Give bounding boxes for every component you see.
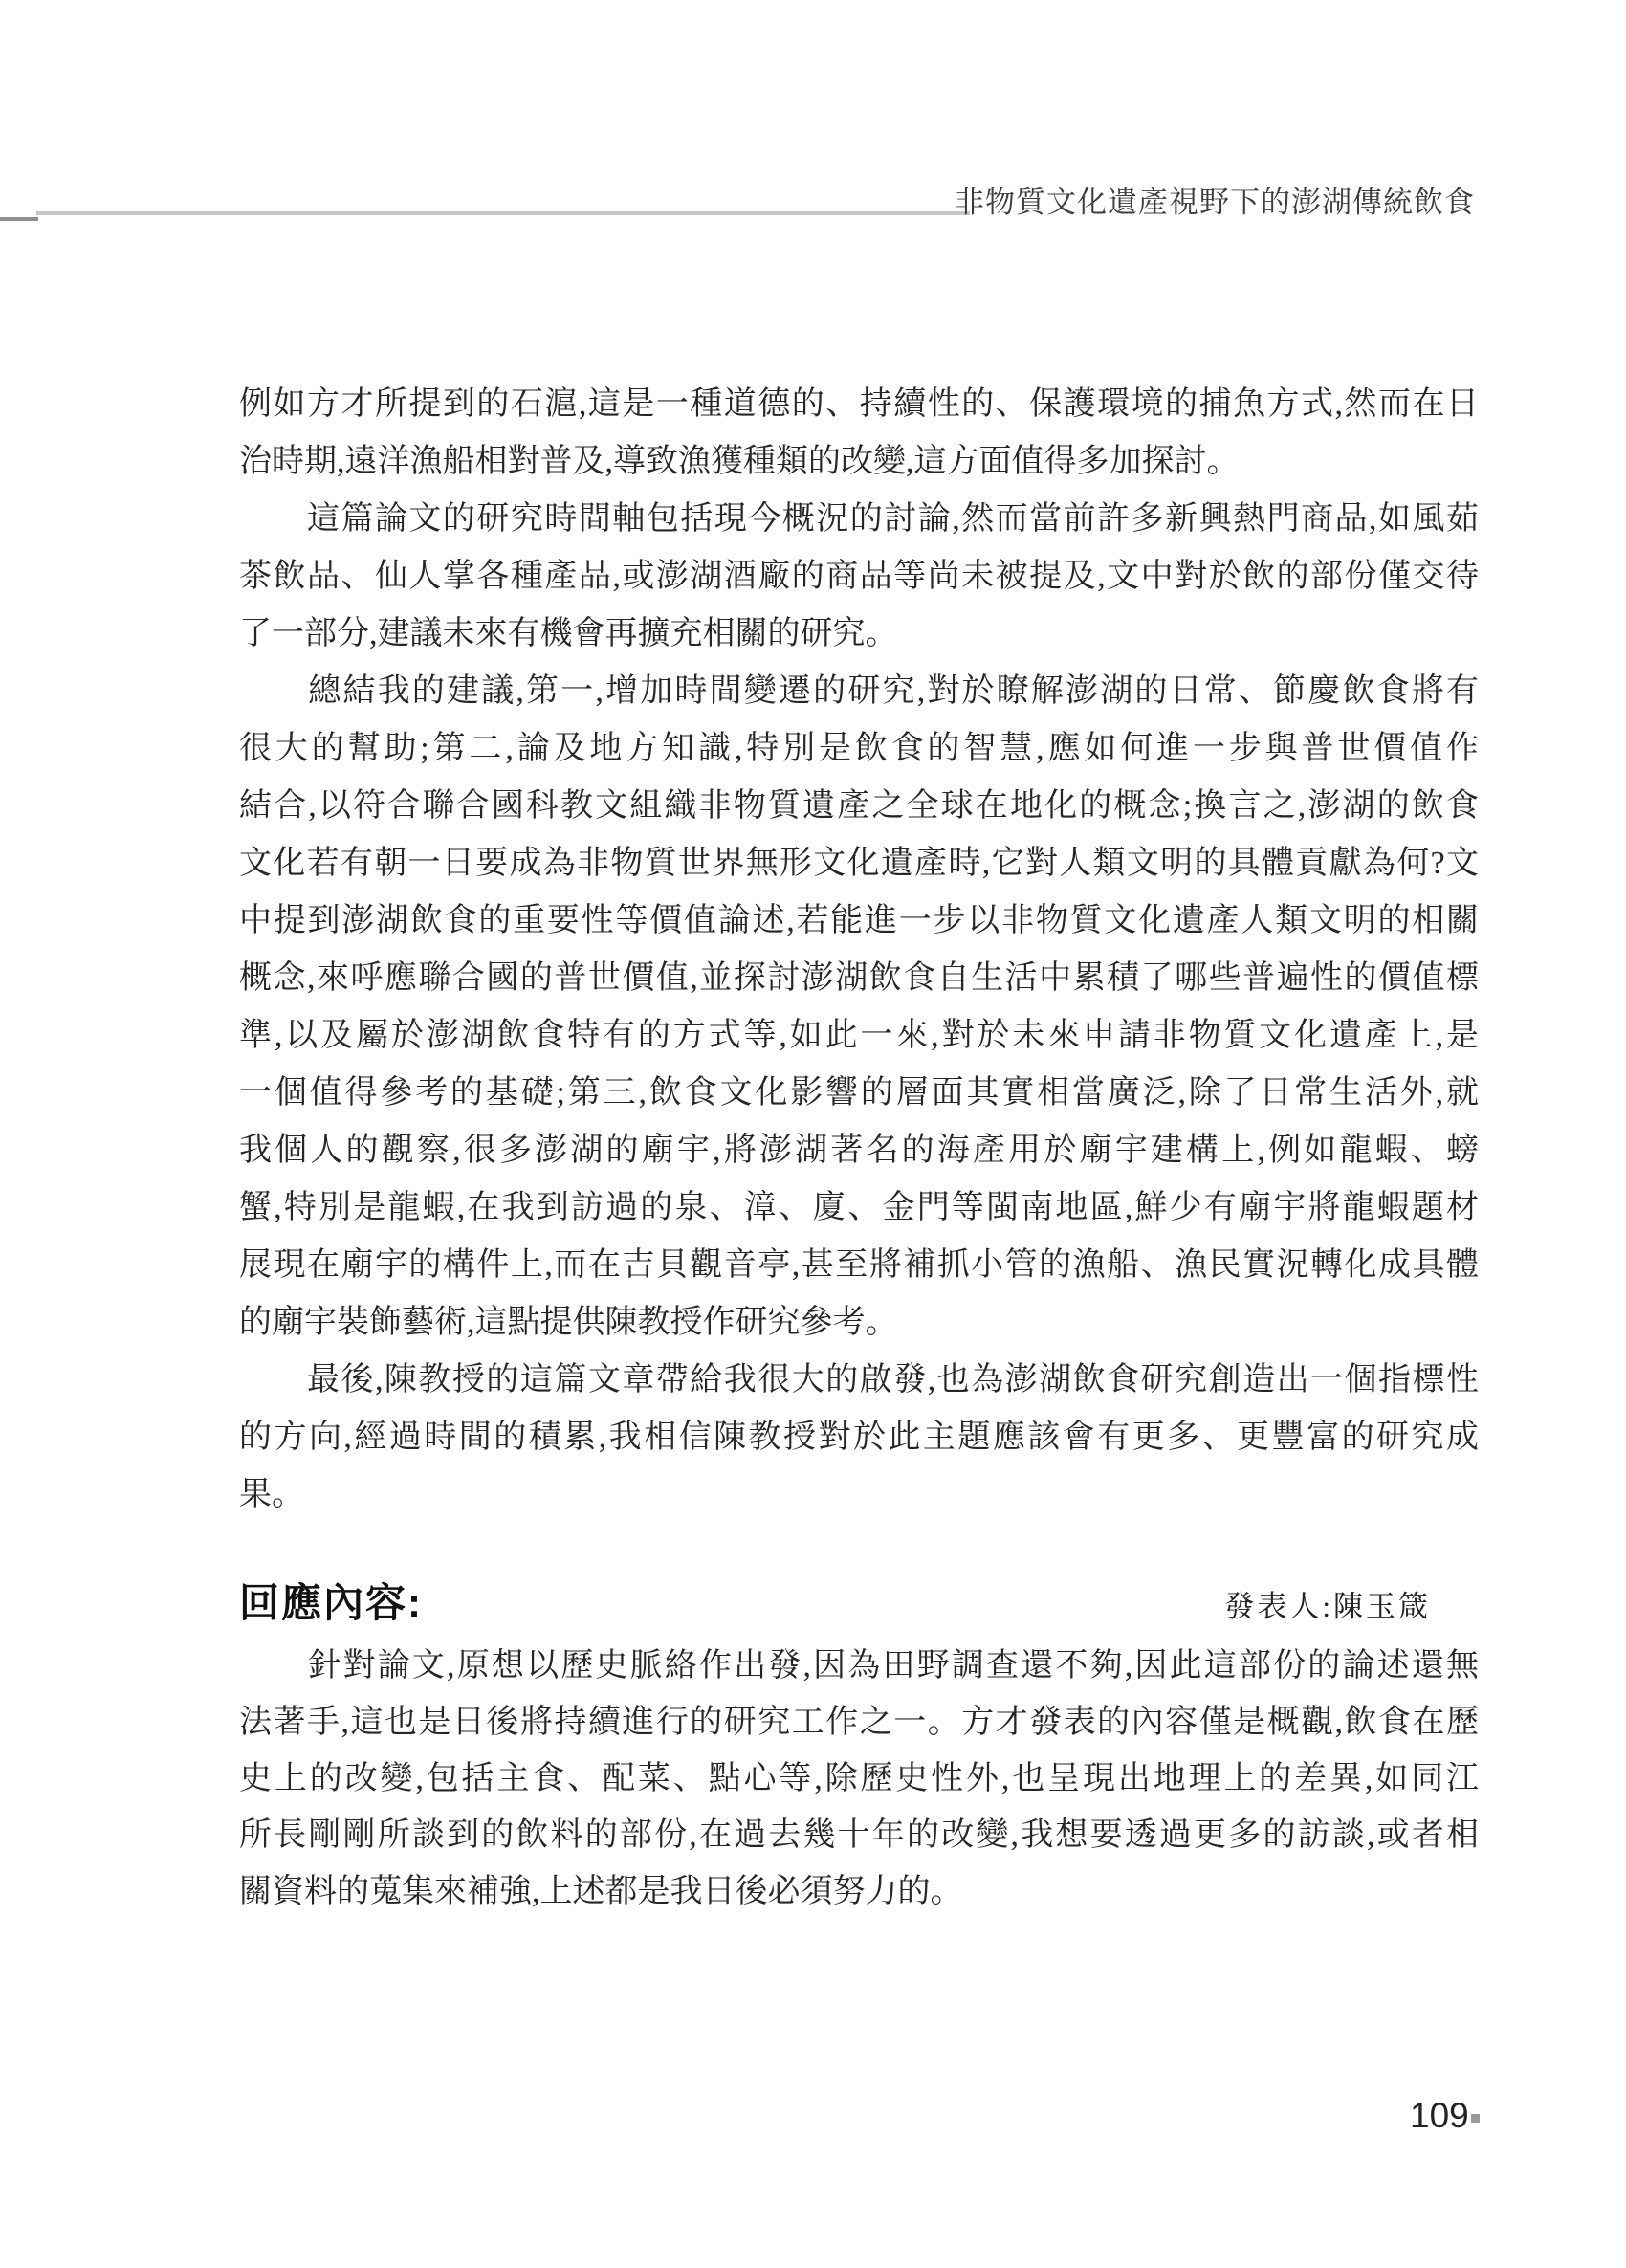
text-line: 關資料的蒐集來補強,上述都是我日後必須努力的。 <box>239 1863 1479 1920</box>
text-line: 總結我的建議,第一,增加時間變遷的研究,對於瞭解澎湖的日常、節慶飲食將有 <box>239 663 1479 720</box>
response-text-block: 針對論文,原想以歷史脈絡作出發,因為田野調查還不夠,因此這部份的論述還無 法著手… <box>239 1638 1479 1920</box>
running-title: 非物質文化遺產視野下的澎湖傳統飲食 <box>955 184 1475 222</box>
text-line: 針對論文,原想以歷史脈絡作出發,因為田野調查還不夠,因此這部份的論述還無 <box>239 1638 1479 1694</box>
presenter-name: 發表人:陳玉箴 <box>1224 1590 1431 1624</box>
text-line: 治時期,遠洋漁船相對普及,導致漁獲種類的改變,這方面值得多加探討。 <box>239 433 1479 491</box>
text-line: 的方向,經過時間的積累,我相信陳教授對於此主題應該會有更多、更豐富的研究成 <box>239 1409 1479 1466</box>
page-number-marker <box>1471 2114 1480 2123</box>
text-line: 很大的幫助;第二,論及地方知識,特別是飲食的智慧,應如何進一步與普世價值作 <box>239 720 1479 778</box>
text-line: 中提到澎湖飲食的重要性等價值論述,若能進一步以非物質文化遺產人類文明的相關 <box>239 892 1479 950</box>
text-line: 的廟宇裝飾藝術,這點提供陳教授作研究參考。 <box>239 1294 1479 1352</box>
response-section-heading: 回應內容: <box>239 1580 423 1626</box>
text-line: 例如方才所提到的石滬,這是一種道德的、持續性的、保護環境的捕魚方式,然而在日 <box>239 376 1479 433</box>
text-line: 展現在廟宇的構件上,而在吉貝觀音亭,甚至將補抓小管的漁船、漁民實況轉化成具體 <box>239 1237 1479 1294</box>
text-line: 最後,陳教授的這篇文章帶給我很大的啟發,也為澎湖飲食研究創造出一個指標性 <box>239 1352 1479 1409</box>
page-number: 109 <box>1410 2098 1469 2133</box>
header-rule <box>36 211 970 215</box>
text-line: 我個人的觀察,很多澎湖的廟宇,將澎湖著名的海產用於廟宇建構上,例如龍蝦、螃 <box>239 1122 1479 1179</box>
text-line: 法著手,這也是日後將持續進行的研究工作之一。方才發表的內容僅是概觀,飲食在歷 <box>239 1694 1479 1751</box>
text-line: 一個值得參考的基礎;第三,飲食文化影響的層面其實相當廣泛,除了日常生活外,就 <box>239 1065 1479 1122</box>
text-line: 史上的改變,包括主食、配菜、點心等,除歷史性外,也呈現出地理上的差異,如同江 <box>239 1751 1479 1807</box>
book-page: 非物質文化遺產視野下的澎湖傳統飲食 例如方才所提到的石滬,這是一種道德的、持續性… <box>0 0 1626 2268</box>
text-line: 蟹,特別是龍蝦,在我到訪過的泉、漳、廈、金門等閩南地區,鮮少有廟宇將龍蝦題材 <box>239 1179 1479 1237</box>
text-line: 這篇論文的研究時間軸包括現今概況的討論,然而當前許多新興熱門商品,如風茹 <box>239 491 1479 548</box>
text-line: 文化若有朝一日要成為非物質世界無形文化遺產時,它對人類文明的具體貢獻為何?文 <box>239 835 1479 892</box>
text-line: 了一部分,建議未來有機會再擴充相關的研究。 <box>239 606 1479 663</box>
text-line: 結合,以符合聯合國科教文組織非物質遺產之全球在地化的概念;換言之,澎湖的飲食 <box>239 778 1479 835</box>
text-line: 果。 <box>239 1466 1479 1524</box>
text-line: 概念,來呼應聯合國的普世價值,並探討澎湖飲食自生活中累積了哪些普遍性的價值標 <box>239 950 1479 1007</box>
header-rule-left-segment <box>0 217 38 221</box>
discussion-text-block: 例如方才所提到的石滬,這是一種道德的、持續性的、保護環境的捕魚方式,然而在日 治… <box>239 376 1479 1524</box>
text-line: 準,以及屬於澎湖飲食特有的方式等,如此一來,對於未來申請非物質文化遺產上,是 <box>239 1007 1479 1065</box>
text-line: 所長剛剛所談到的飲料的部份,在過去幾十年的改變,我想要透過更多的訪談,或者相 <box>239 1807 1479 1863</box>
text-line: 茶飲品、仙人掌各種產品,或澎湖酒廠的商品等尚未被提及,文中對於飲的部份僅交待 <box>239 548 1479 606</box>
